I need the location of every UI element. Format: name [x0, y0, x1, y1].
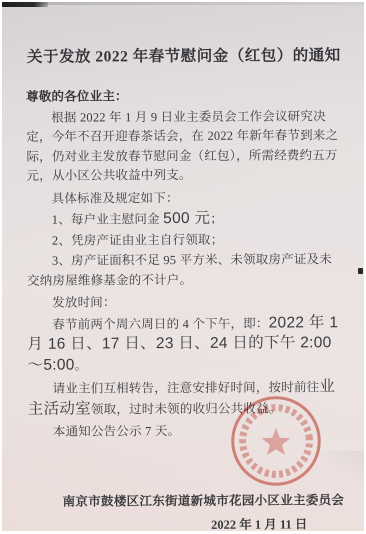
notify-post-text: 领取，过时未领的收归公共收益。 — [91, 401, 282, 416]
standards-heading: 具体标准及规定如下： — [27, 188, 343, 209]
signature-block: 南京市鼓楼区江东街道新城市花园小区业主委员会 2022 年 1 月 11 日 — [28, 490, 344, 531]
amount-500: 500 元 — [163, 210, 210, 227]
time-paragraph: 春节前两个周六周日的 4 个下午，即：2022 年 1 月 16 日、17 日、… — [27, 313, 343, 376]
intro-paragraph: 根据 2022 年 1 月 9 日业主委员会工作会议研究决定，今年不召开迎春茶话… — [26, 107, 342, 187]
publicity-line: 本通知公告公示 7 天。 — [28, 421, 344, 442]
notice-date: 2022 年 1 月 11 日 — [28, 514, 344, 531]
item-1-punct: ； — [210, 212, 223, 226]
notify-pre-text: 请业主们互相转告，注意安排好时间，按时前往 — [53, 380, 320, 395]
committee-signature: 南京市鼓楼区江东街道新城市花园小区业主委员会 — [28, 490, 344, 510]
item-1: 1、每户业主慰问金 500 元； — [27, 208, 343, 230]
notice-title: 关于发放 2022 年春节慰问金（红包）的通知 — [26, 43, 342, 67]
notice-paper: 关于发放 2022 年春节慰问金（红包）的通知 尊敬的各位业主： 根据 2022… — [2, 2, 364, 531]
time-heading: 发放时间： — [27, 292, 343, 313]
notify-paragraph: 请业主们互相转告，注意安排好时间，按时前往业主活动室领取，过时未领的收归公共收益… — [28, 377, 344, 420]
time-punct: 。 — [75, 358, 88, 372]
document-photo: 关于发放 2022 年春节慰问金（红包）的通知 尊敬的各位业主： 根据 2022… — [0, 0, 366, 534]
greeting-line: 尊敬的各位业主： — [26, 86, 342, 107]
time-pre-text: 春节前两个周六周日的 4 个下午，即： — [52, 316, 268, 331]
item-1-text: 1、每户业主慰问金 — [52, 212, 163, 227]
notice-content: 关于发放 2022 年春节慰问金（红包）的通知 尊敬的各位业主： 根据 2022… — [2, 2, 364, 531]
item-3: 3、房产证面积不足 95 平方米、未领取房产证及未交纳房屋维修基金的不计户。 — [27, 250, 343, 291]
item-2: 2、凭房产证由业主自行领取； — [27, 230, 343, 251]
